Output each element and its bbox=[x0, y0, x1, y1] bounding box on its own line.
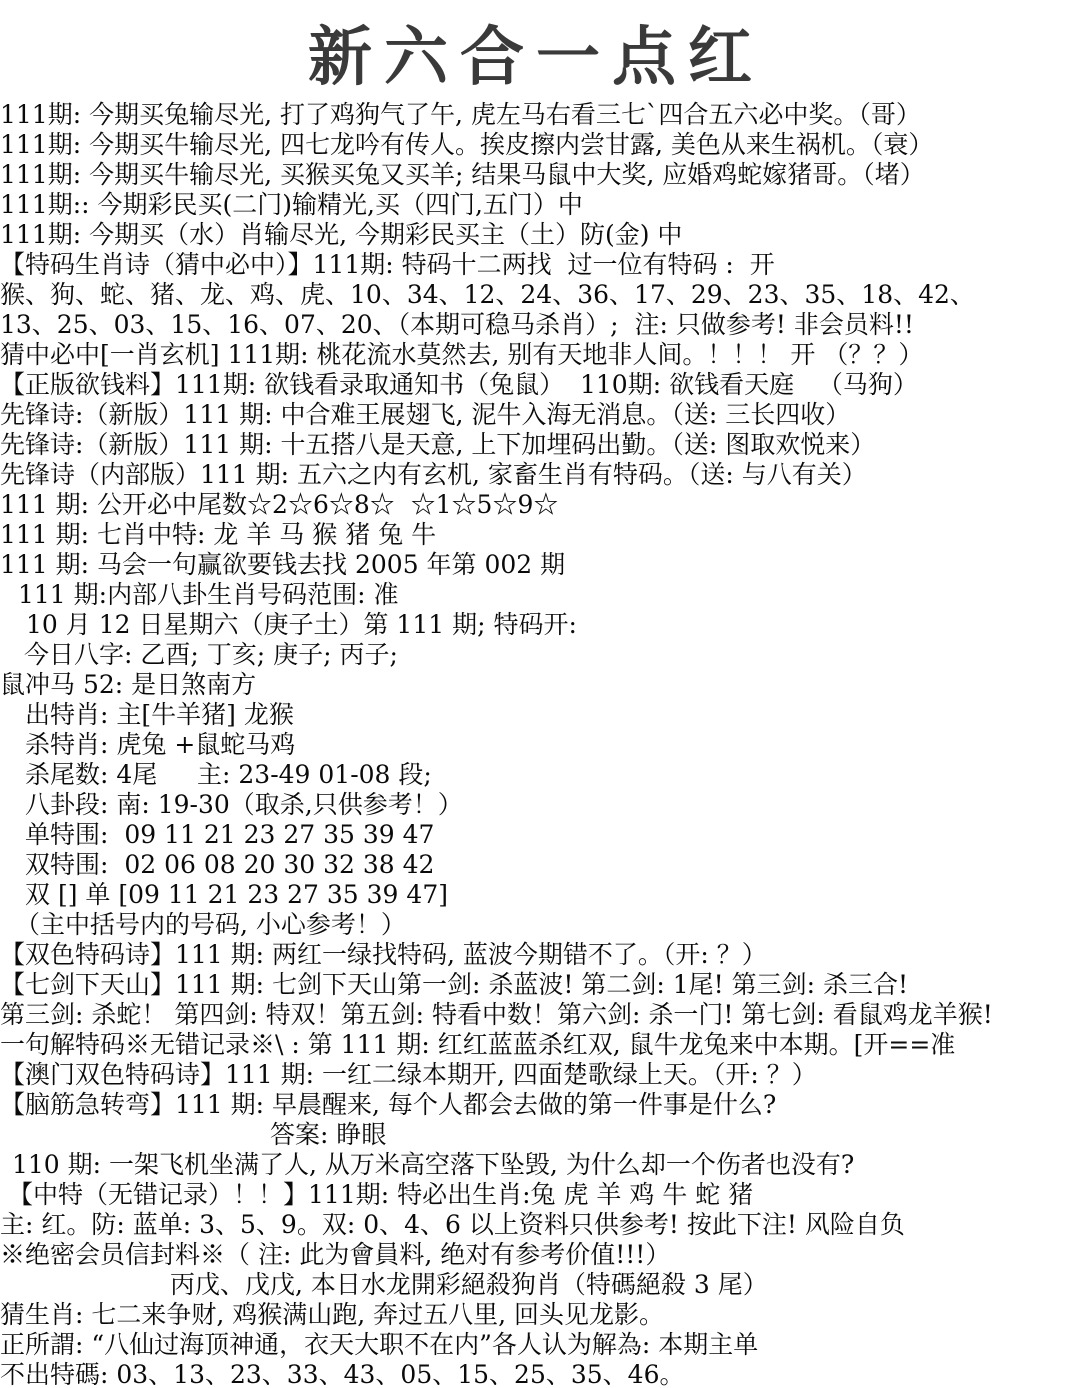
text-line: 111 期: 七肖中特: 龙 羊 马 猴 猪 兔 牛 bbox=[0, 520, 1072, 550]
text-line: 111期: 今期买牛输尽光, 买猴买兔又买羊; 结果马鼠中大奖, 应婚鸡蛇嫁猪哥… bbox=[0, 160, 1072, 190]
text-line: 一句解特码※无错记录※\ : 第 111 期: 红红蓝蓝杀红双, 鼠牛龙兔来中本… bbox=[0, 1030, 1072, 1060]
text-line: 111 期: 马会一句赢欲要钱去找 2005 年第 002 期 bbox=[0, 550, 1072, 580]
text-line: 八卦段: 南: 19-30（取杀,只供参考！） bbox=[0, 790, 1072, 820]
text-line: 【特码生肖诗（猜中必中）】111期: 特码十二两找 过一位有特码 : 开 bbox=[0, 250, 1072, 280]
text-line: 杀特肖: 虎兔 +鼠蛇马鸡 bbox=[0, 730, 1072, 760]
text-line: 正所謂: “八仙过海顶神通，衣天大职不在内”各人认为解為: 本期主单 bbox=[0, 1330, 1072, 1360]
text-line: 111期: 今期买牛输尽光, 四七龙吟有传人。挨皮擦内尝甘露, 美色从来生祸机。… bbox=[0, 130, 1072, 160]
text-line: ※绝密会员信封料※（ 注: 此为會員料, 绝对有参考价值!!!） bbox=[0, 1240, 1072, 1270]
text-line: 单特围: 09 11 21 23 27 35 39 47 bbox=[0, 820, 1072, 850]
text-line: 主: 红。防: 蓝单: 3、5、9。双: 0、4、6 以上资料只供参考! 按此下… bbox=[0, 1210, 1072, 1240]
text-line: 猜生肖: 七二来争财, 鸡猴满山跑, 奔过五八里, 回头见龙影。 bbox=[0, 1300, 1072, 1330]
text-line: 111 期: 公开必中尾数☆2☆6☆8☆ ☆1☆5☆9☆ bbox=[0, 490, 1072, 520]
page-title: 新六合一点红 bbox=[0, 0, 1072, 100]
text-line: 丙戊、戊戊, 本日水龙開彩絕殺狗肖（特碼絕殺 3 尾） bbox=[0, 1270, 1072, 1300]
text-line: 鼠冲马 52: 是日煞南方 bbox=[0, 670, 1072, 700]
lottery-tip-sheet: 新六合一点红 111期: 今期买兔输尽光, 打了鸡狗气了午, 虎左马右看三七`四… bbox=[0, 0, 1072, 1388]
text-line: 今日八字: 乙酉; 丁亥; 庚子; 丙子; bbox=[0, 640, 1072, 670]
text-line: 【脑筋急转弯】111 期: 早晨醒来, 每个人都会去做的第一件事是什么? bbox=[0, 1090, 1072, 1120]
text-line: 双特围: 02 06 08 20 30 32 38 42 bbox=[0, 850, 1072, 880]
text-line: 出特肖: 主[牛羊猪] 龙猴 bbox=[0, 700, 1072, 730]
text-line: 双 [] 单 [09 11 21 23 27 35 39 47] bbox=[0, 880, 1072, 910]
text-line: （主中括号内的号码, 小心参考！） bbox=[0, 910, 1072, 940]
text-line: 110 期: 一架飞机坐满了人, 从万米高空落下坠毁, 为什么却一个伤者也没有? bbox=[0, 1150, 1072, 1180]
text-line: 猴、狗、蛇、猪、龙、鸡、虎、10、34、12、24、36、17、29、23、35… bbox=[0, 280, 1072, 310]
text-line: 【双色特码诗】111 期: 两红一绿找特码, 蓝波今期错不了。（开: ？） bbox=[0, 940, 1072, 970]
text-line: 杀尾数: 4尾 主: 23-49 01-08 段; bbox=[0, 760, 1072, 790]
text-line: 答案: 睁眼 bbox=[0, 1120, 1072, 1150]
text-line: 先锋诗（内部版）111 期: 五六之内有玄机, 家畜生肖有特码。（送: 与八有关… bbox=[0, 460, 1072, 490]
text-line: 111期: 今期买兔输尽光, 打了鸡狗气了午, 虎左马右看三七`四合五六必中奖。… bbox=[0, 100, 1072, 130]
text-line: 【中特（无错记录）！！】111期: 特必出生肖:兔 虎 羊 鸡 牛 蛇 猪 bbox=[0, 1180, 1072, 1210]
text-line: 先锋诗:（新版）111 期: 中合难王展翅飞, 泥牛入海无消息。（送: 三长四收… bbox=[0, 400, 1072, 430]
text-line: 【正版欲钱料】111期: 欲钱看录取通知书（兔鼠） 110期: 欲钱看天庭 （马… bbox=[0, 370, 1072, 400]
text-line: 猜中必中[一肖玄机] 111期: 桃花流水莫然去, 别有天地非人间。！！！ 开 … bbox=[0, 340, 1072, 370]
text-line: 先锋诗:（新版）111 期: 十五搭八是天意, 上下加埋码出勤。（送: 图取欢悦… bbox=[0, 430, 1072, 460]
text-line: 【七剑下天山】111 期: 七剑下天山第一剑: 杀蓝波! 第二剑: 1尾! 第三… bbox=[0, 970, 1072, 1000]
text-line: 111 期:内部八卦生肖号码范围: 准 bbox=[0, 580, 1072, 610]
text-line: 第三剑: 杀蛇！ 第四剑: 特双！第五剑: 特看中数！第六剑: 杀一门! 第七剑… bbox=[0, 1000, 1072, 1030]
text-line: 10 月 12 日星期六（庚子土）第 111 期; 特码开: bbox=[0, 610, 1072, 640]
text-lines: 111期: 今期买兔输尽光, 打了鸡狗气了午, 虎左马右看三七`四合五六必中奖。… bbox=[0, 100, 1072, 1388]
text-line: 不出特碼: 03、13、23、33、43、05、15、25、35、46。 bbox=[0, 1360, 1072, 1388]
text-line: 13、25、03、15、16、07、20、（本期可稳马杀肖）; 注: 只做参考!… bbox=[0, 310, 1072, 340]
text-line: 111期:: 今期彩民买(二门)输精光,买（四门,五门）中 bbox=[0, 190, 1072, 220]
text-line: 【澳门双色特码诗】111 期: 一红二绿本期开, 四面楚歌绿上天。（开: ？） bbox=[0, 1060, 1072, 1090]
text-line: 111期: 今期买（水）肖输尽光, 今期彩民买主（土）防(金) 中 bbox=[0, 220, 1072, 250]
